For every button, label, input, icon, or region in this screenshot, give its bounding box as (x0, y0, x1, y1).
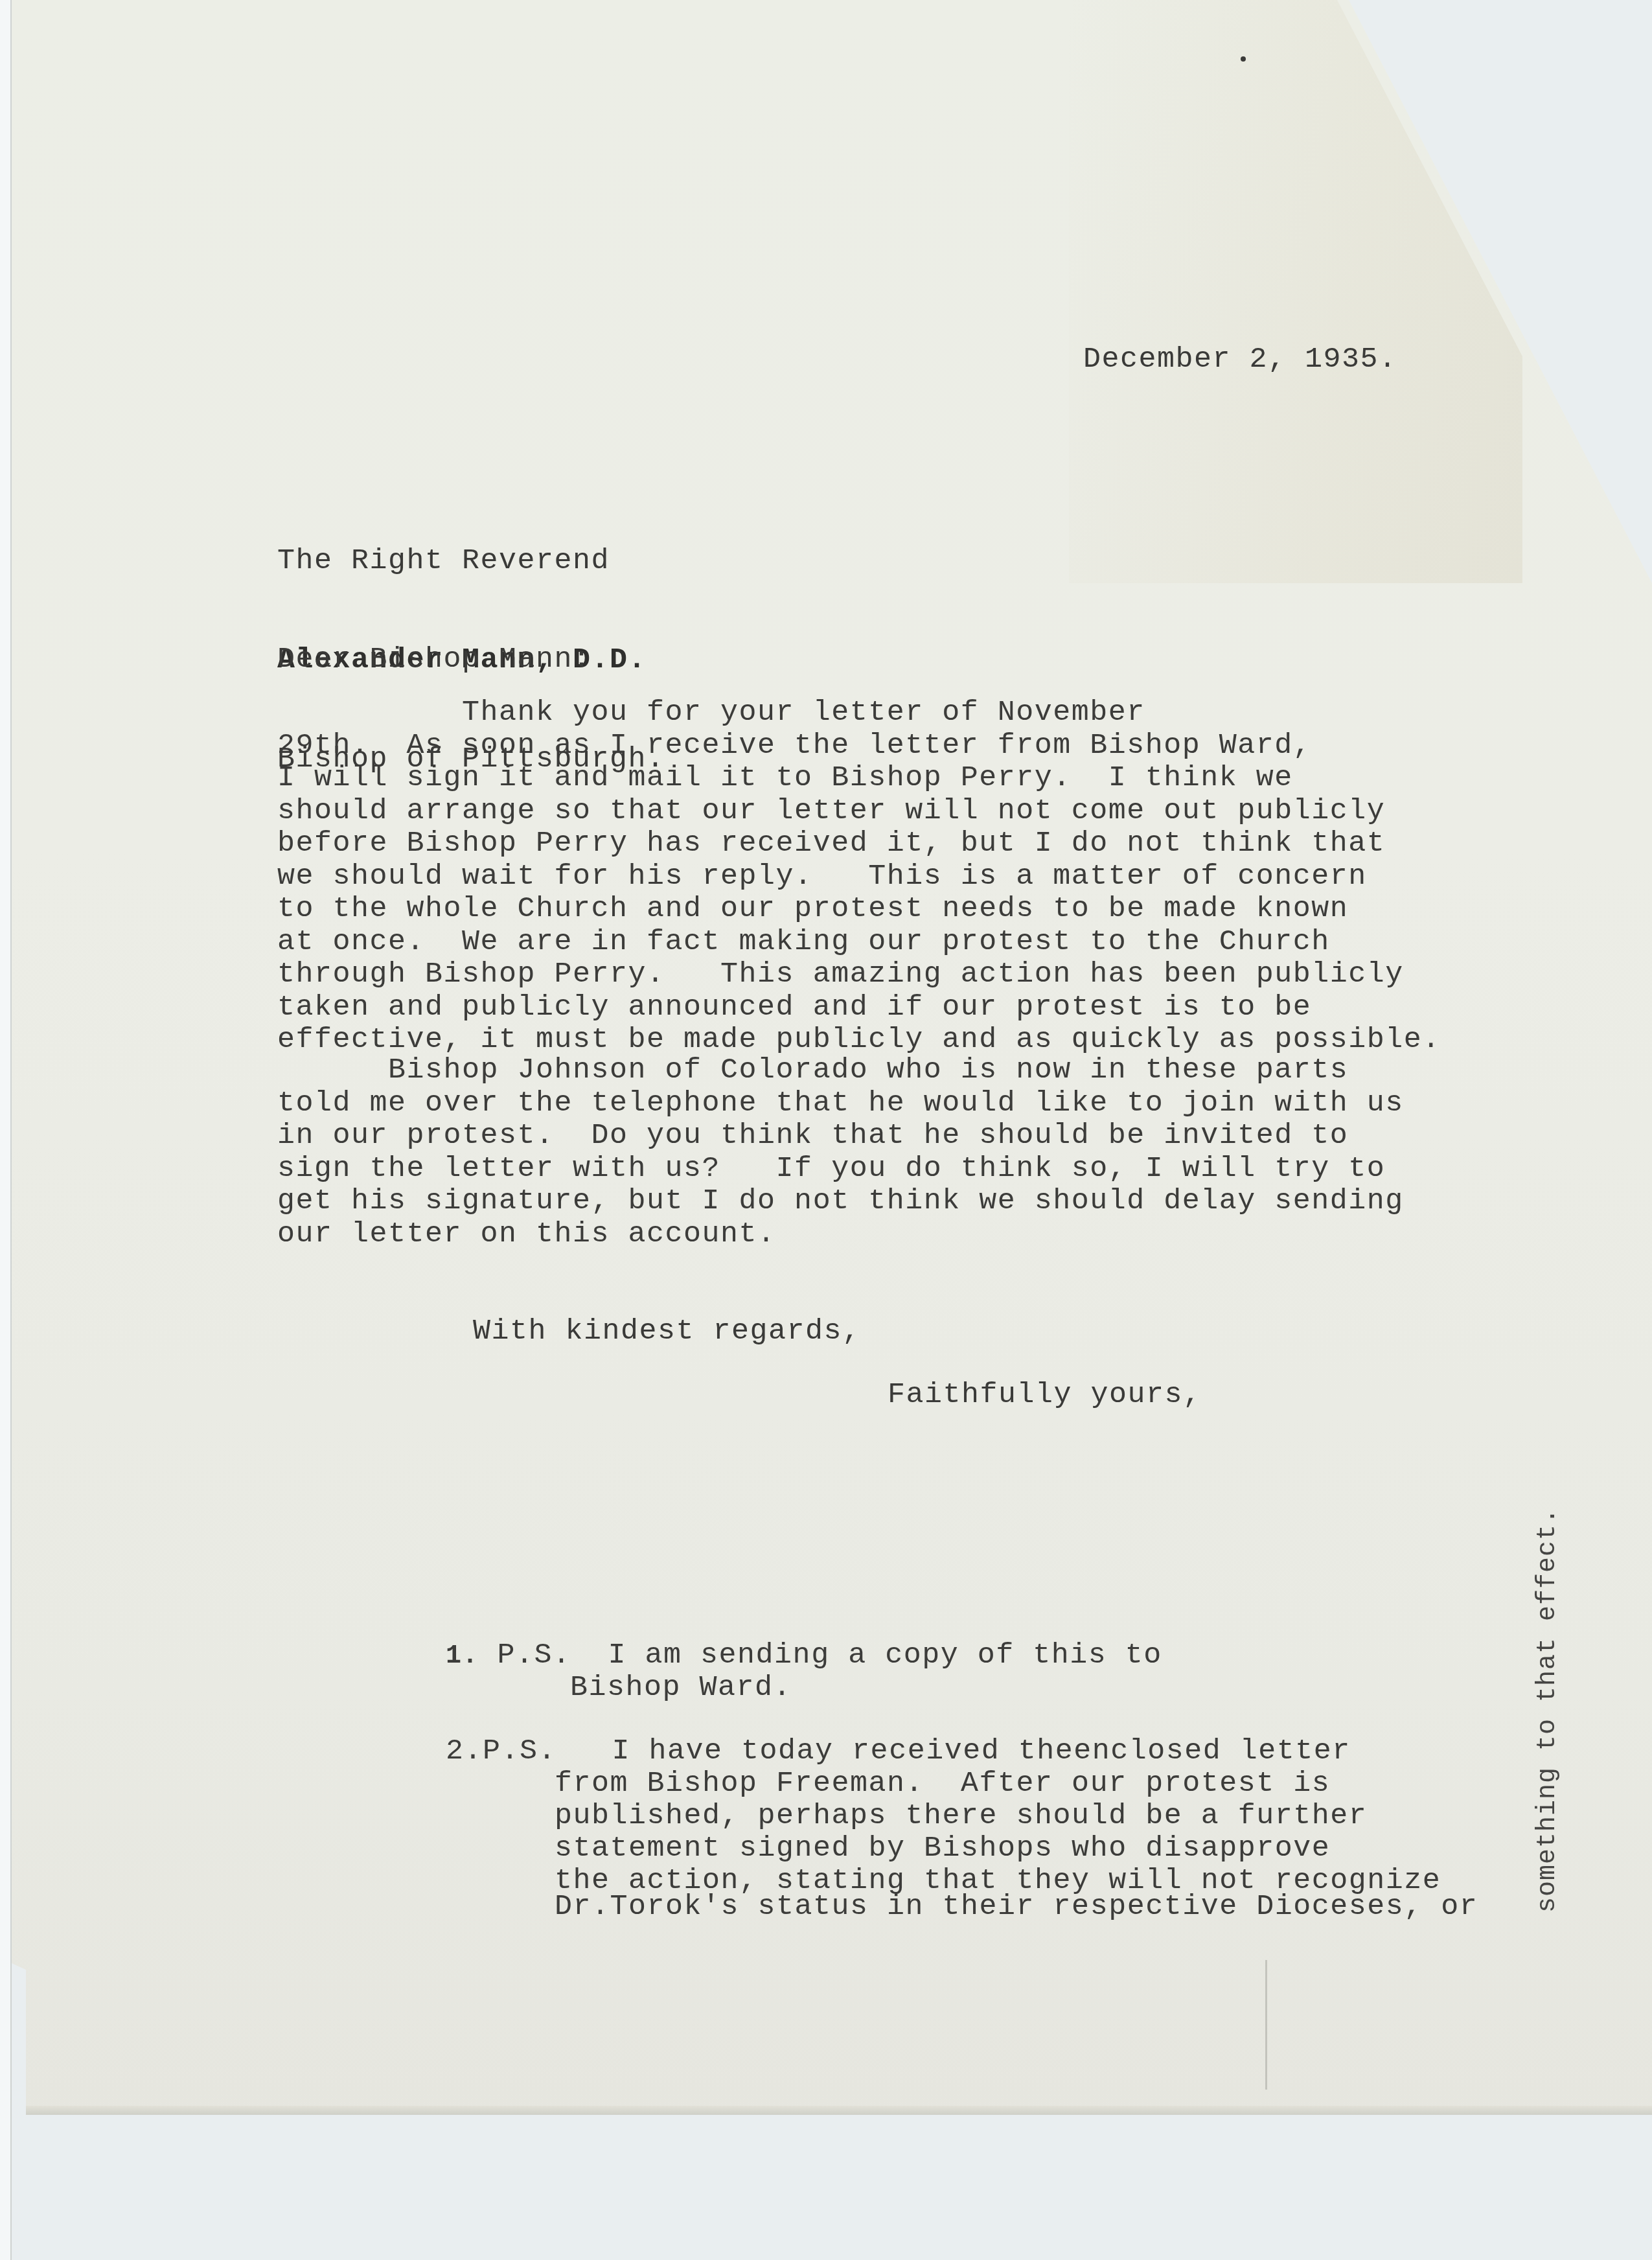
body-line: at once. We are in fact making our prote… (277, 926, 1441, 959)
body-line: get his signature, but I do not think we… (277, 1185, 1404, 1218)
postscript-line: Bishop Ward. (446, 1672, 1162, 1704)
letter-date: December 2, 1935. (1083, 343, 1397, 376)
body-paragraph-1: Thank you for your letter of November 29… (277, 697, 1441, 1057)
postscript-line: from Bishop Freeman. After our protest i… (446, 1768, 1478, 1800)
postscript-1: 1. P.S. I am sending a copy of this to B… (446, 1639, 1162, 1704)
scanner-edge (0, 0, 12, 2260)
body-line: should arrange so that our letter will n… (277, 795, 1441, 828)
vertical-margin-note: something to that effect. (1534, 1508, 1563, 1913)
postscript-number: 2. (446, 1735, 483, 1768)
postscript-number: 1. (446, 1642, 479, 1671)
postscript-label: P.S. (498, 1639, 571, 1672)
postscript-line: I am sending a copy of this to (608, 1639, 1162, 1672)
body-paragraph-2: Bishop Johnson of Colorado who is now in… (277, 1054, 1404, 1251)
body-line: 29th. As soon as I receive the letter fr… (277, 730, 1441, 763)
paper-bottom-edge (26, 2106, 1652, 2115)
postscript-line: the action, stating that they will not r… (446, 1865, 1478, 1891)
postscript-line: statement signed by Bishops who disappro… (446, 1832, 1478, 1865)
body-line: to the whole Church and our protest need… (277, 893, 1441, 926)
body-line: our letter on this account. (277, 1218, 1404, 1251)
postscript-2: 2.P.S. I have today received theenclosed… (446, 1735, 1478, 1923)
postscript-line: published, perhaps there should be a fur… (446, 1800, 1478, 1832)
signoff-line: Faithfully yours, (888, 1379, 1202, 1411)
body-line: sign the letter with us? If you do think… (277, 1153, 1404, 1186)
postscript-line: Dr.Torok's status in their respective Di… (446, 1891, 1478, 1923)
ink-speck (1241, 56, 1246, 62)
salutation: Dear Bishop Mann: (277, 643, 591, 676)
body-line: Bishop Johnson of Colorado who is now in… (277, 1054, 1404, 1087)
postscript-label: P.S. (483, 1735, 556, 1768)
body-line: before Bishop Perry has received it, but… (277, 827, 1441, 860)
body-line: taken and publicly announced and if our … (277, 991, 1441, 1024)
recipient-title: The Right Reverend (277, 544, 665, 577)
body-line: in our protest. Do you think that he sho… (277, 1120, 1404, 1153)
closing-line: With kindest regards, (473, 1315, 861, 1348)
postscript-line: I have today received theenclosed letter (612, 1735, 1351, 1768)
body-line: I will sign it and mail it to Bishop Per… (277, 762, 1441, 795)
body-line: told me over the telephone that he would… (277, 1087, 1404, 1120)
paper-crease-mark (1265, 1960, 1267, 2090)
body-line: Thank you for your letter of November (277, 697, 1441, 730)
body-line: we should wait for his reply. This is a … (277, 860, 1441, 894)
body-line: through Bishop Perry. This amazing actio… (277, 958, 1441, 991)
body-line: effective, it must be made publicly and … (277, 1024, 1441, 1057)
